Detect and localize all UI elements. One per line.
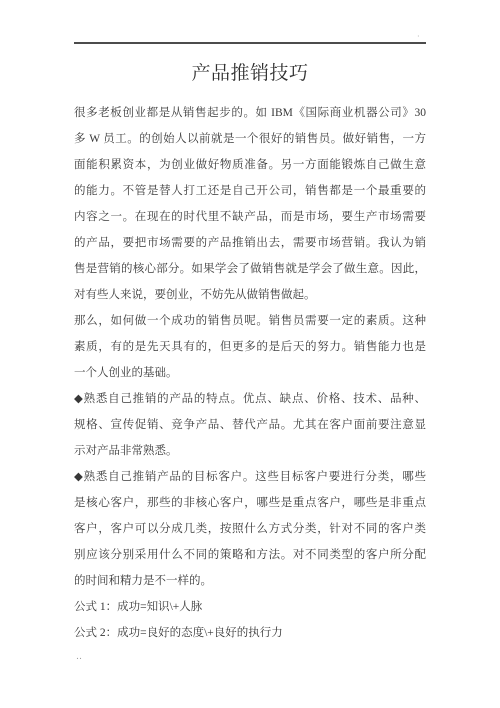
paragraph-bullet-product: ◆熟悉自己推销的产品的特点。优点、缺点、价格、技术、品种、 规格、宣传促销、竞争… <box>74 386 426 464</box>
text-line: 对有些人来说，要创业，不妨先从做销售做起。 <box>74 282 426 308</box>
paragraph-bullet-customers: ◆熟悉自己推销产品的目标客户。这些目标客户要进行分类，哪些 是核心客户，那些的非… <box>74 464 426 594</box>
text-line: 素质，有的是先天具有的，但更多的是后天的努力。销售能力也是 <box>74 334 426 360</box>
document-page: · 产品推销技巧 很多老板创业都是从销售起步的。如 IBM《国际商业机器公司》3… <box>0 0 500 708</box>
text-line: 多 W 员工。的创始人以前就是一个很好的销售员。做好销售，一方 <box>74 126 426 152</box>
document-body: 很多老板创业都是从销售起步的。如 IBM《国际商业机器公司》30 多 W 员工。… <box>74 100 426 646</box>
header-rule <box>74 42 426 44</box>
text-line: ◆熟悉自己推销产品的目标客户。这些目标客户要进行分类，哪些 <box>74 464 426 490</box>
document-title: 产品推销技巧 <box>0 58 500 85</box>
text-line: 那么，如何做一个成功的销售员呢。销售员需要一定的素质。这种 <box>74 308 426 334</box>
text-line: 客户，客户可以分成几类，按照什么方式分类，针对不同的客户类 <box>74 516 426 542</box>
text-line: 很多老板创业都是从销售起步的。如 IBM《国际商业机器公司》30 <box>74 100 426 126</box>
text-line: 是核心客户，那些的非核心客户，哪些是重点客户，哪些是非重点 <box>74 490 426 516</box>
text-line: 的时间和精力是不一样的。 <box>74 568 426 594</box>
text-line: 公式 1：成功=知识\+人脉 <box>74 594 426 620</box>
text-line: 售是营销的核心部分。如果学会了做销售就是学会了做生意。因此， <box>74 256 426 282</box>
text-line: 的产品，要把市场需要的产品推销出去，需要市场营销。我认为销 <box>74 230 426 256</box>
text-line: 公式 2：成功=良好的态度\+良好的执行力 <box>74 620 426 646</box>
text-line: 别应该分别采用什么不同的策略和方法。对不同类型的客户所分配 <box>74 542 426 568</box>
paragraph-quality: 那么，如何做一个成功的销售员呢。销售员需要一定的素质。这种 素质，有的是先天具有… <box>74 308 426 386</box>
text-line: 的能力。不管是替人打工还是自己开公司，销售都是一个最重要的 <box>74 178 426 204</box>
trailing-mark: ‥ <box>76 651 83 662</box>
text-line: 规格、宣传促销、竞争产品、替代产品。尤其在客户面前要注意显 <box>74 412 426 438</box>
text-line: 一个人创业的基础。 <box>74 360 426 386</box>
text-line: 内容之一。在现在的时代里不缺产品，而是市场，要生产市场需要 <box>74 204 426 230</box>
text-line: ◆熟悉自己推销的产品的特点。优点、缺点、价格、技术、品种、 <box>74 386 426 412</box>
text-line: 面能积累资本，为创业做好物质准备。另一方面能锻炼自己做生意 <box>74 152 426 178</box>
paragraph-formula-1: 公式 1：成功=知识\+人脉 <box>74 594 426 620</box>
text-line: 示对产品非常熟悉。 <box>74 438 426 464</box>
paragraph-formula-2: 公式 2：成功=良好的态度\+良好的执行力 <box>74 620 426 646</box>
stray-mark: · <box>417 32 420 41</box>
paragraph-intro: 很多老板创业都是从销售起步的。如 IBM《国际商业机器公司》30 多 W 员工。… <box>74 100 426 308</box>
